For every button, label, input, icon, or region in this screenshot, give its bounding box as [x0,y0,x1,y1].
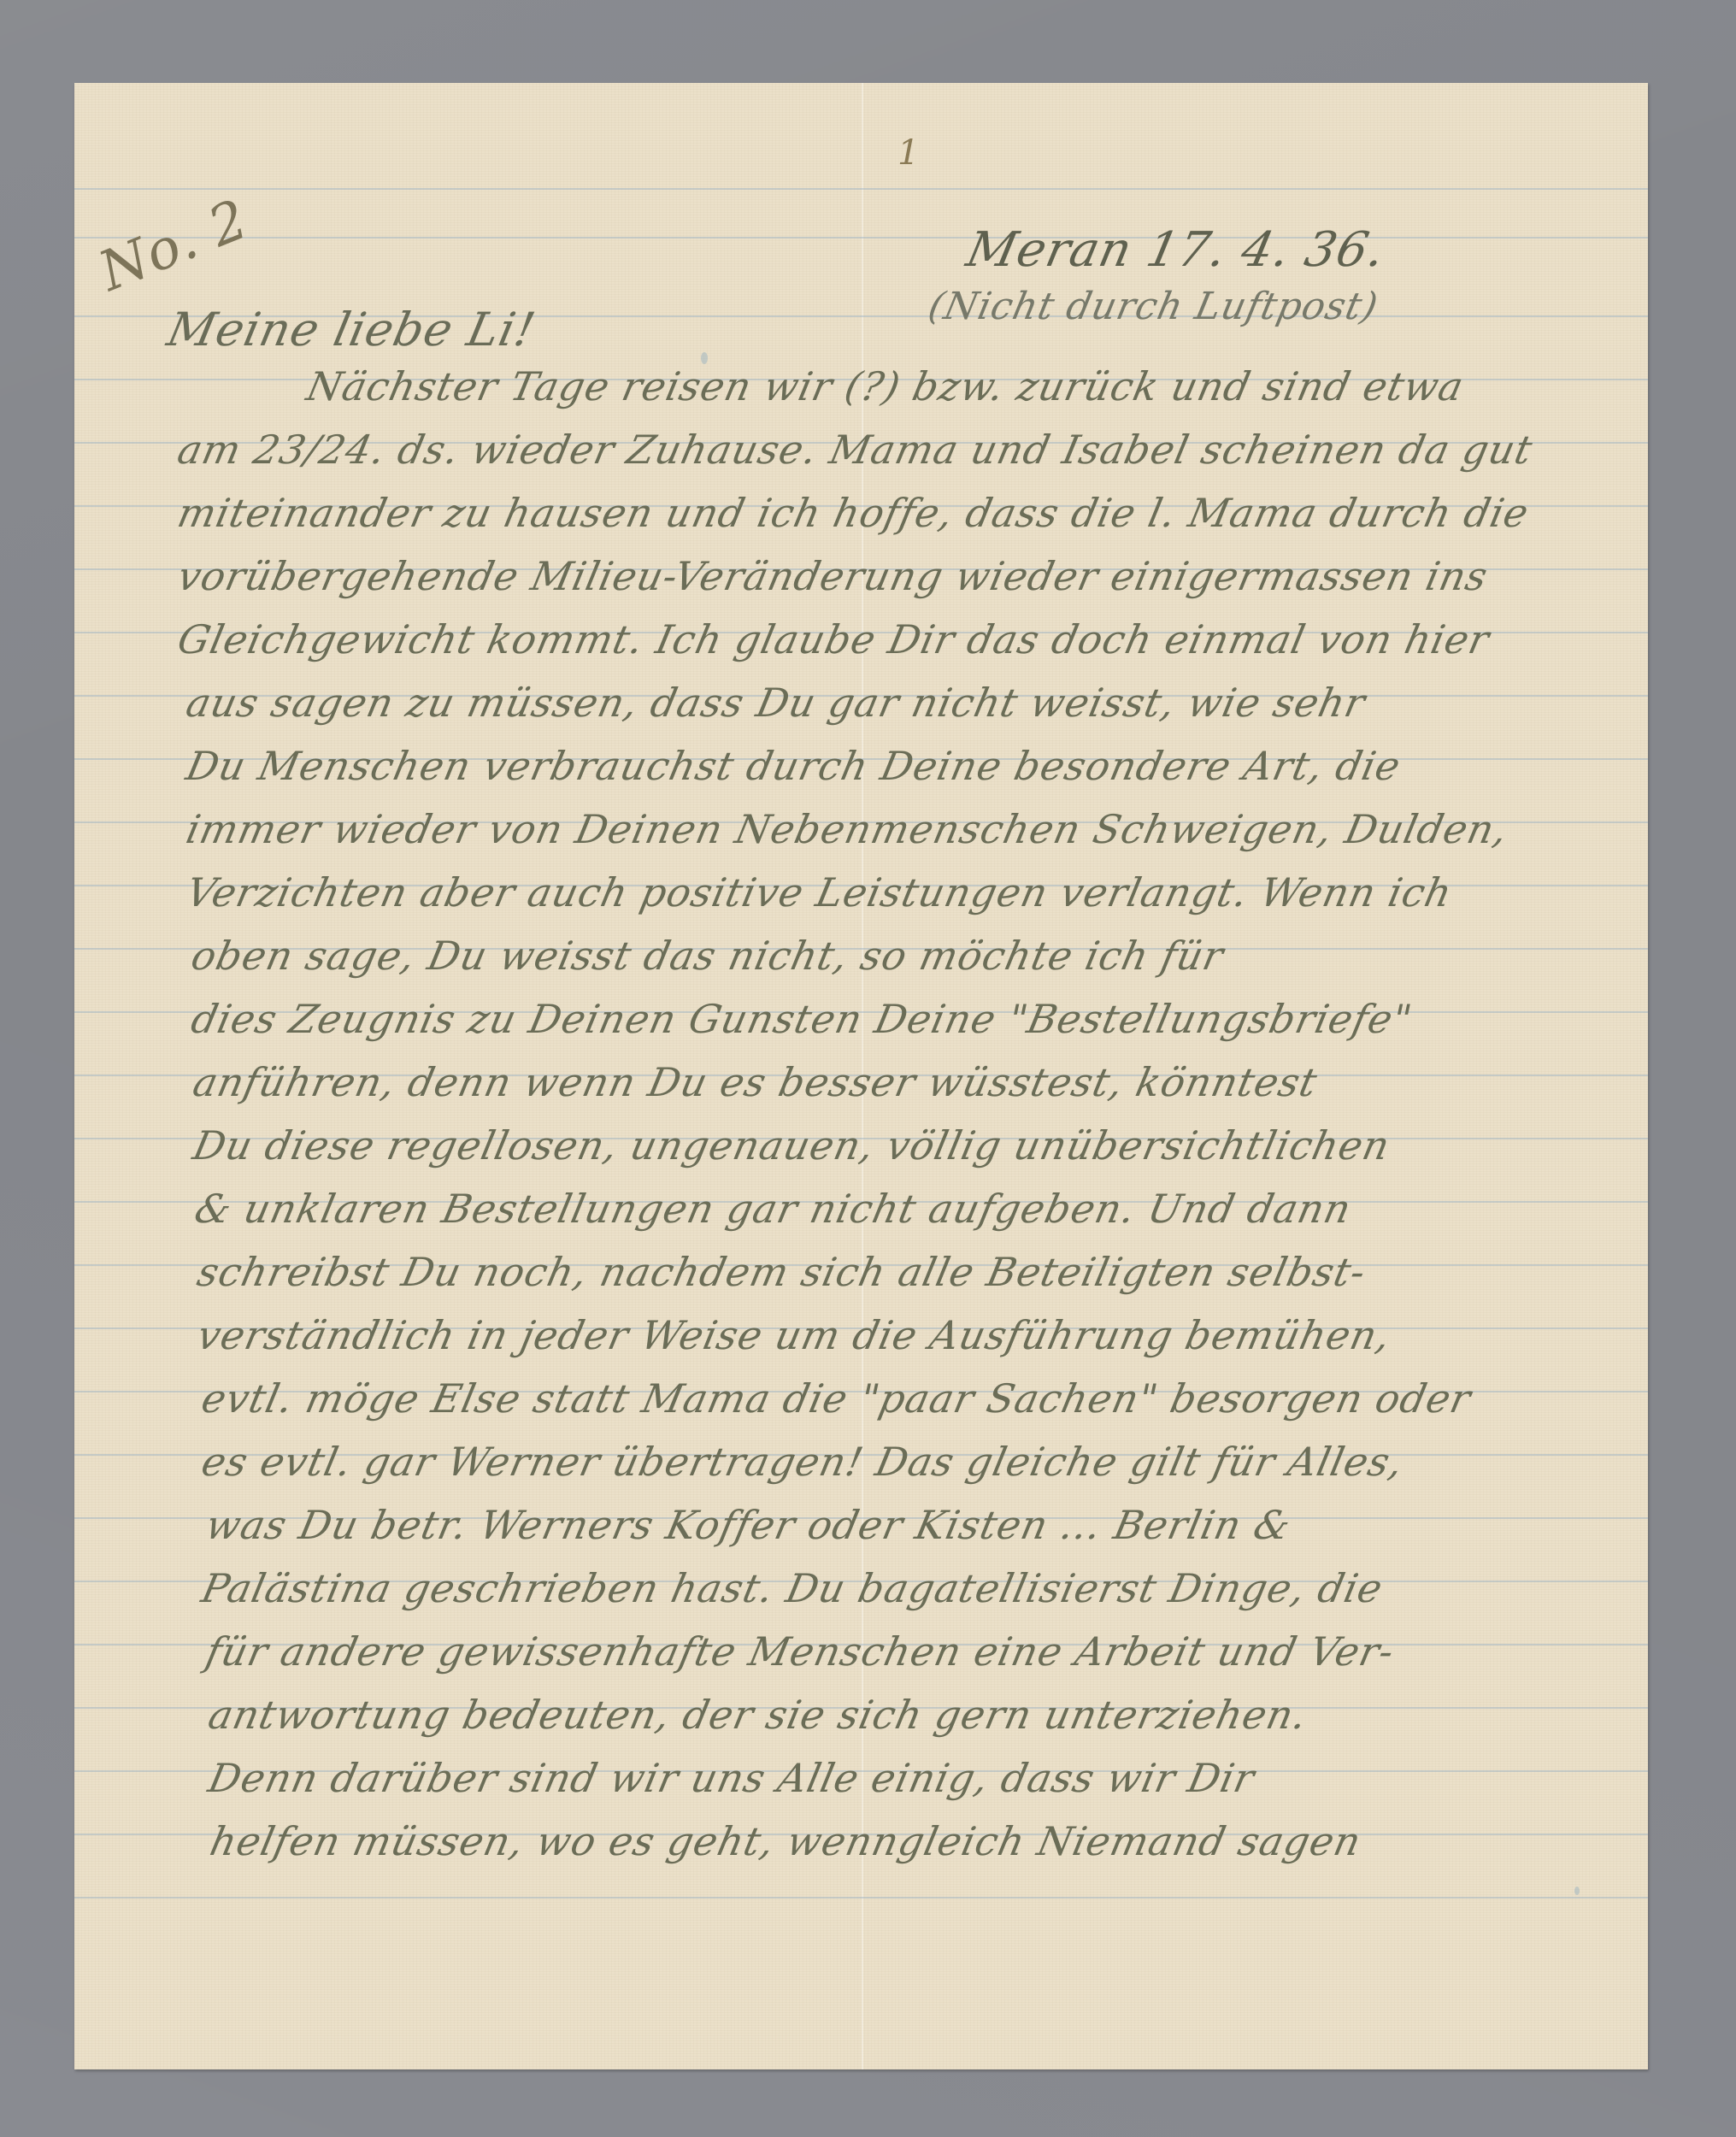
letter-line: miteinander zu hausen und ich hoffe, das… [174,493,1533,533]
place-date: Meran 17. 4. 36. [962,227,1390,274]
letter-line: Nächster Tage reisen wir (?) bzw. zurück… [303,367,1468,406]
letter-line: schreibst Du noch, nachdem sich alle Bet… [194,1252,1369,1292]
letter-line: Palästina geschrieben hast. Du bagatelli… [198,1569,1386,1608]
letter-line: helfen müssen, wo es geht, wenngleich Ni… [207,1822,1365,1861]
ruled-line [74,237,1648,238]
letter-line: antwortung bedeuten, der sie sich gern u… [205,1695,1311,1734]
letter-line: Verzichten aber auch positive Leistungen… [183,873,1456,912]
letter-line: & unklaren Bestellungen gar nicht aufgeb… [191,1189,1355,1228]
letter-line: aus sagen zu müssen, dass Du gar nicht w… [183,683,1369,722]
letter-line: evtl. möge Else statt Mama die "paar Sac… [198,1379,1474,1418]
ruled-line [74,1897,1648,1899]
page-number-mark: 1 [897,136,920,170]
letter-line: Du Menschen verbrauchst durch Deine beso… [183,746,1404,786]
ink-speck [701,352,708,364]
corner-number-mark: No. 2 [92,191,256,300]
letter-line: verständlich in jeder Weise um die Ausfü… [194,1316,1395,1355]
letter-line: dies Zeugnis zu Deinen Gunsten Deine "Be… [188,999,1415,1039]
letter-line: was Du betr. Werners Koffer oder Kisten … [203,1505,1295,1545]
letter-line: immer wieder von Deinen Nebenmenschen Sc… [183,809,1512,849]
letter-line: Denn darüber sind wir uns Alle einig, da… [205,1758,1258,1798]
letter-line: am 23/24. ds. wieder Zuhause. Mama und I… [174,430,1536,469]
letter-line: es evtl. gar Werner übertragen! Das glei… [198,1442,1407,1481]
salutation: Meine liebe Li! [163,307,539,353]
letter-line: Gleichgewicht kommt. Ich glaube Dir das … [174,620,1493,659]
mail-note: (Nicht durch Luftpost) [925,288,1381,326]
letter-page: 1 No. 2 Meran 17. 4. 36. (Nicht durch Lu… [74,83,1648,2069]
letter-line: anführen, denn wenn Du es besser wüsstes… [190,1063,1321,1102]
letter-line: Du diese regellosen, ungenauen, völlig u… [190,1126,1393,1165]
ruled-line [74,188,1648,190]
letter-line: oben sage, Du weisst das nicht, so möcht… [188,936,1227,975]
letter-line: für andere gewissenhafte Menschen eine A… [203,1632,1398,1671]
letter-line: vorübergehende Milieu-Veränderung wieder… [174,556,1492,596]
ink-speck [1574,1887,1580,1895]
